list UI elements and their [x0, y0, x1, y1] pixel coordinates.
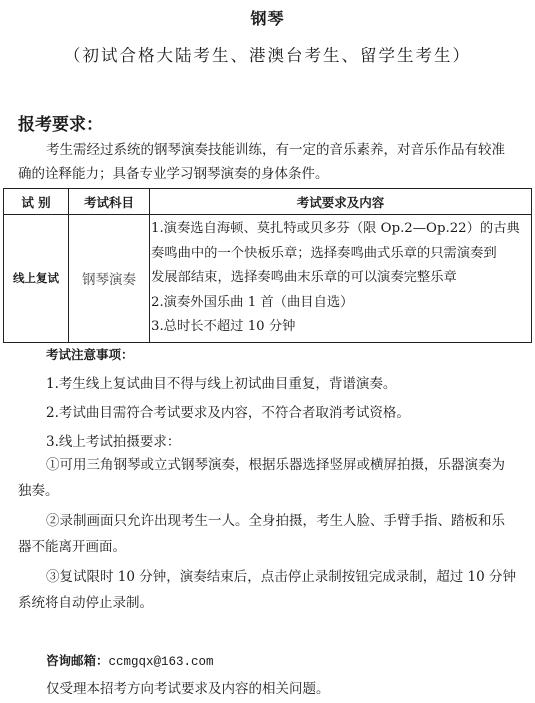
cell-subject: 钢琴演奏	[69, 215, 150, 343]
requirements-intro: 考生需经过系统的钢琴演奏技能训练，有一定的音乐素养，对音乐作品有较准确的诠释能力…	[18, 138, 518, 186]
page-title: 钢琴	[0, 6, 535, 29]
notes-heading: 考试注意事项：	[46, 345, 134, 363]
header-category: 试 别	[4, 189, 69, 215]
contact-label: 咨询邮箱：	[46, 653, 109, 668]
note-item: 2.考试曲目需符合考试要求及内容，不符合者取消考试资格。	[46, 401, 410, 421]
table-header-row: 试 别 考试科目 考试要求及内容	[4, 189, 532, 215]
note-item: 1.考生线上复试曲目不得与线上初试曲目重复，背谱演奏。	[46, 372, 396, 392]
page-subtitle: （初试合格大陆考生、港澳台考生、留学生考生）	[0, 42, 535, 66]
contact-note: 仅受理本招考方向考试要求及内容的相关问题。	[46, 677, 330, 697]
filming-requirement: ②录制画面只允许出现考生一人。全身拍摄，考生人脸、手臂手指、踏板和乐器不能离开画…	[18, 508, 518, 560]
content-line: 发展部结束，选择奏鸣曲末乐章的可以演奏完整乐章	[151, 266, 531, 291]
table-row: 线上复试 钢琴演奏 1.演奏选自海顿、莫扎特或贝多芬（限 Op.2—Op.22）…	[4, 215, 532, 343]
contact-line: 咨询邮箱：ccmgqx@163.com	[46, 651, 214, 669]
header-subject: 考试科目	[69, 189, 150, 215]
content-line: 奏鸣曲中的一个快板乐章；选择奏鸣曲式乐章的只需演奏到	[151, 242, 531, 267]
filming-requirement: ③复试限时 10 分钟，演奏结束后，点击停止录制按钮完成录制，超过 10 分钟系…	[18, 564, 518, 616]
requirements-heading: 报考要求：	[18, 110, 103, 135]
filming-requirement: ①可用三角钢琴或立式钢琴演奏，根据乐器选择竖屏或横屏拍摄，乐器演奏为独奏。	[18, 452, 518, 504]
content-line: 1.演奏选自海顿、莫扎特或贝多芬（限 Op.2—Op.22）的古典	[151, 217, 531, 242]
cell-content: 1.演奏选自海顿、莫扎特或贝多芬（限 Op.2—Op.22）的古典 奏鸣曲中的一…	[150, 215, 532, 343]
header-content: 考试要求及内容	[150, 189, 532, 215]
requirements-table: 试 别 考试科目 考试要求及内容 线上复试 钢琴演奏 1.演奏选自海顿、莫扎特或…	[3, 188, 532, 343]
content-line: 3.总时长不超过 10 分钟	[151, 315, 531, 340]
content-line: 2.演奏外国乐曲 1 首（曲目自选）	[151, 291, 531, 316]
cell-category: 线上复试	[4, 215, 69, 343]
note-item: 3.线上考试拍摄要求：	[46, 430, 180, 450]
contact-email-link[interactable]: ccmgqx@163.com	[109, 655, 214, 669]
